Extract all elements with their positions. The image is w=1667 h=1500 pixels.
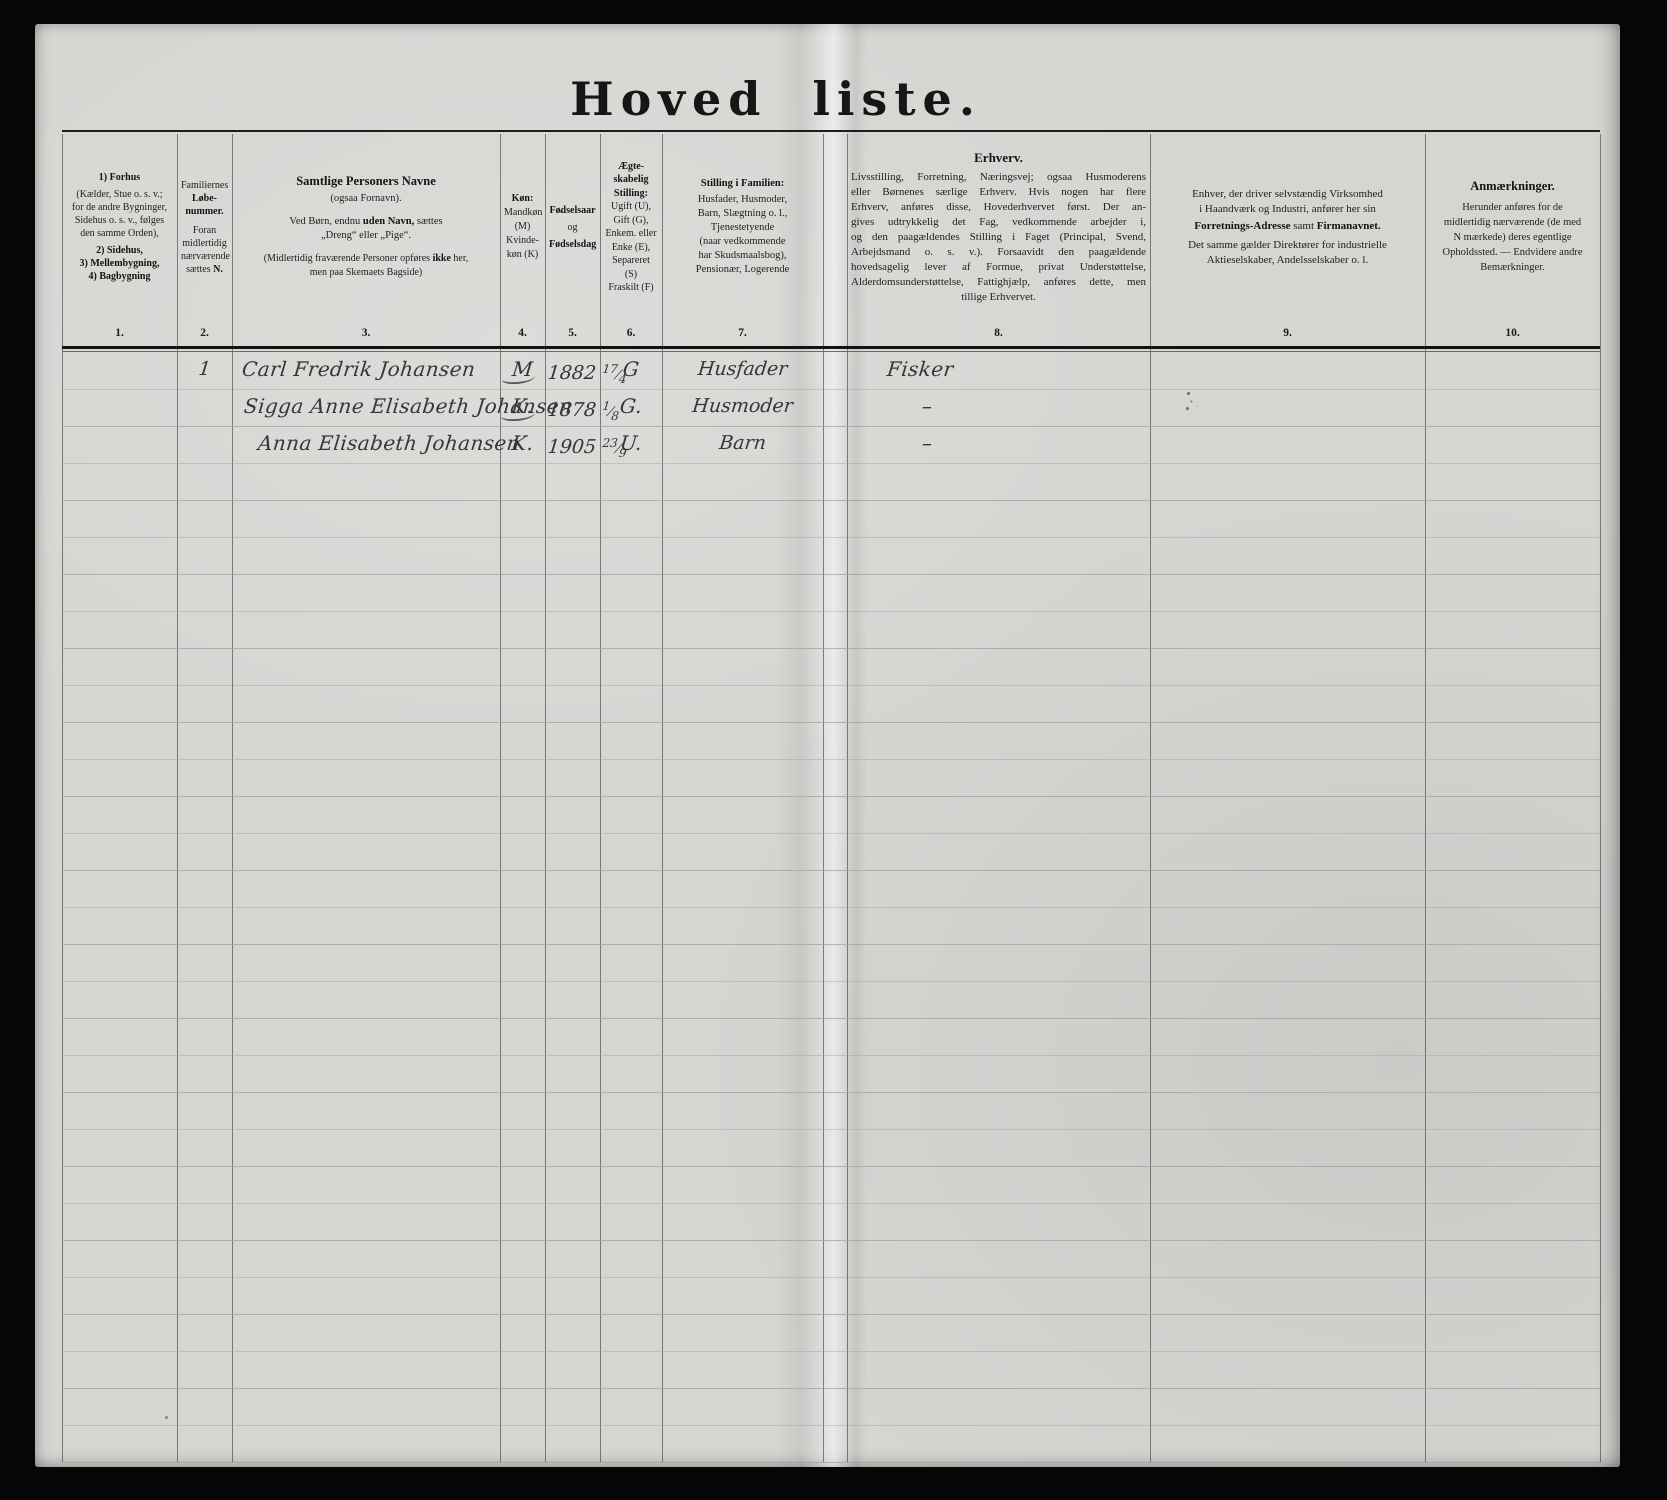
table-row-line	[62, 944, 1600, 945]
table-row-line	[62, 1314, 1600, 1315]
header-line: Pensionær, Logerende	[666, 263, 819, 277]
header-line: Enhver, der driver selvstændig Virksomhe…	[1154, 187, 1421, 202]
header-line: Forretnings-Adresse samt Firmanavnet.	[1154, 219, 1421, 234]
header-line: Ugift (U),	[604, 200, 658, 214]
header-line: Opholdssted. — Endvidere andre	[1429, 245, 1596, 260]
header-line: Erhverv.	[851, 150, 1146, 165]
column-number-navne: 3.	[232, 322, 500, 344]
cell-marital-status: U.	[598, 426, 664, 463]
header-line: Tjenestetyende	[666, 221, 819, 235]
census-table: 1) Forhus(Kælder, Stue o. s. v.;for de a…	[35, 24, 1620, 1467]
column-header-fodselsdato: FødselsaarogFødselsdag	[549, 136, 596, 318]
header-line: (M)	[504, 220, 541, 234]
header-line: Stilling i Familien:	[666, 177, 819, 191]
cell-occupation: Fisker	[885, 352, 955, 389]
scanned-page: Hoved liste. 1) Forhus(Kælder, Stue o. s…	[35, 24, 1620, 1467]
header-line: køn (K)	[504, 248, 541, 262]
header-line: og den paagældendes Stilling i Faget (Pr…	[851, 230, 1146, 245]
header-line: Det samme gælder Direktører for industri…	[1154, 238, 1421, 253]
header-line: (naar vedkommende	[666, 235, 819, 249]
header-line: tillige Erhvervet.	[851, 290, 1146, 305]
header-line: men paa Skemaets Bagside)	[236, 266, 496, 280]
header-line: N mærkede) deres egentlige	[1429, 230, 1596, 245]
header-line: Stilling:	[604, 187, 658, 201]
header-line: gives udtrykkelig det Fag, vedkommende a…	[851, 215, 1146, 230]
table-row-line	[62, 870, 1600, 871]
header-line: Separeret	[604, 254, 658, 268]
header-line: i Haandværk og Industri, anfører her sin	[1154, 202, 1421, 217]
header-line: Enkem. eller	[604, 227, 658, 241]
header-line: Sidehus o. s. v., følges	[66, 214, 173, 227]
header-line: 1) Forhus	[66, 171, 173, 184]
scan-speck	[560, 210, 563, 213]
header-line: Køn:	[504, 192, 541, 206]
header-line: Mandkøn	[504, 206, 541, 220]
table-row-line	[62, 463, 1600, 464]
header-line: Bemærkninger.	[1429, 260, 1596, 275]
header-line: (S)	[604, 268, 658, 282]
table-row-line	[62, 722, 1600, 723]
column-number-lobenummer: 2.	[177, 322, 232, 344]
header-line: Anmærkninger.	[1429, 179, 1596, 194]
header-line: Fødselsaar	[549, 202, 596, 219]
table-row-line	[62, 1388, 1600, 1389]
table-row-line	[62, 1018, 1600, 1019]
header-line: nummer.	[181, 205, 228, 218]
header-line: Arbejdsmand o. s. v.). Forsaavidt den pa…	[851, 245, 1146, 260]
table-row-line	[62, 796, 1600, 797]
column-header-stilling_i_familien: Stilling i Familien:Husfader, Husmoder,B…	[666, 136, 819, 318]
table-row-line	[62, 1203, 1600, 1204]
header-line: Aktieselskaber, Andelsselskaber o. l.	[1154, 253, 1421, 268]
header-line: (ogsaa Fornavn).	[236, 192, 496, 206]
cell-name: Anna Elisabeth Johansen	[256, 426, 522, 463]
cell-family-position: Husmoder	[660, 389, 825, 426]
column-header-aegteskabelig: Ægte-skabeligStilling:Ugift (U),Gift (G)…	[604, 136, 658, 318]
header-line: sættes N.	[181, 263, 228, 276]
header-line: midlertidig	[181, 237, 228, 250]
cell-sex: K.	[498, 389, 547, 426]
header-line: eller Børnenes særlige Erhverv. Hvis nog…	[851, 185, 1146, 200]
column-number-fodselsdato: 5.	[545, 322, 600, 344]
table-row-line	[62, 1351, 1600, 1352]
column-number-adresse: 9.	[1150, 322, 1425, 344]
header-line: (Midlertidig fraværende Personer opføres…	[236, 252, 496, 266]
table-column-line	[1600, 134, 1601, 1462]
table-row-line	[62, 759, 1600, 760]
header-line: 3) Mellembygning,	[66, 257, 173, 270]
table-row-line	[62, 907, 1600, 908]
table-row-line	[62, 1277, 1600, 1278]
header-line: Erhverv, anføres disse, Hovederhvervet f…	[851, 200, 1146, 215]
table-row-line	[62, 1240, 1600, 1241]
column-number-stilling_i_familien: 7.	[662, 322, 823, 344]
header-line: Fraskilt (F)	[604, 281, 658, 295]
table-row-line	[62, 1055, 1600, 1056]
header-line: Livsstilling, Forretning, Næringsvej; og…	[851, 170, 1146, 185]
header-line: 2) Sidehus,	[66, 244, 173, 257]
header-line: Fødselsdag	[549, 236, 596, 253]
column-header-adresse: Enhver, der driver selvstændig Virksomhe…	[1154, 136, 1421, 318]
column-header-anmaerkninger: Anmærkninger.Herunder anføres for demidl…	[1429, 136, 1596, 318]
cell-marital-status: G	[598, 352, 664, 389]
column-number-kon: 4.	[500, 322, 545, 344]
column-header-forhus: 1) Forhus(Kælder, Stue o. s. v.;for de a…	[66, 136, 173, 318]
column-header-lobenummer: FamiliernesLøbe-nummer.Foranmidlertidign…	[181, 136, 228, 318]
cell-occupation: –	[920, 389, 934, 426]
header-line: skabelig	[604, 173, 658, 187]
cell-lobenummer: 1	[175, 352, 234, 389]
scan-speck	[165, 1416, 168, 1419]
table-row-line	[62, 537, 1600, 538]
table-row-line	[62, 981, 1600, 982]
sex-letter: M	[505, 352, 540, 387]
header-line: (Kælder, Stue o. s. v.;	[66, 188, 173, 201]
cell-occupation: –	[920, 426, 934, 463]
header-line: nærværende	[181, 250, 228, 263]
header-line: „Dreng“ eller „Pige“.	[236, 229, 496, 243]
header-line: Ved Børn, endnu uden Navn, sættes	[236, 215, 496, 229]
header-line: Gift (G),	[604, 214, 658, 228]
cell-marital-status: G.	[598, 389, 664, 426]
table-row-line	[62, 1462, 1600, 1463]
header-line: Alderdomsunderstøttelse, Fattighjælp, an…	[851, 275, 1146, 290]
header-line: har Skudsmaalsbog),	[666, 249, 819, 263]
table-row-line	[62, 574, 1600, 575]
header-line: hovedsagelig lever af Formue, privat Und…	[851, 260, 1146, 275]
table-row-line	[62, 833, 1600, 834]
table-row-line	[62, 500, 1600, 501]
table-column-line	[823, 134, 824, 1462]
header-line: Familiernes	[181, 179, 228, 192]
column-number-erhverv: 8.	[847, 322, 1150, 344]
column-header-kon: Køn:Mandkøn(M)Kvinde-køn (K)	[504, 136, 541, 318]
header-line: Foran	[181, 224, 228, 237]
header-line: 4) Bagbygning	[66, 270, 173, 283]
scanner-bed: Hoved liste. 1) Forhus(Kælder, Stue o. s…	[0, 0, 1667, 1500]
header-line: den samme Orden),	[66, 227, 173, 240]
header-line: midlertidig nærværende (de med	[1429, 215, 1596, 230]
column-header-navne: Samtlige Personers Navne(ogsaa Fornavn).…	[236, 136, 496, 318]
table-row-line	[62, 611, 1600, 612]
table-row-line	[62, 1129, 1600, 1130]
cell-family-position: Husfader	[660, 352, 825, 389]
header-line: for de andre Bygninger,	[66, 201, 173, 214]
column-number-forhus: 1.	[62, 322, 177, 344]
column-number-anmaerkninger: 10.	[1425, 322, 1600, 344]
sex-letter: K.	[505, 389, 541, 424]
table-row-line	[62, 685, 1600, 686]
column-header-erhverv: Erhverv.Livsstilling, Forretning, Næring…	[851, 136, 1146, 318]
header-line: Kvinde-	[504, 234, 541, 248]
column-number-aegteskabelig: 6.	[600, 322, 662, 344]
cell-name: Carl Fredrik Johansen	[240, 352, 477, 389]
header-line: Enke (E),	[604, 241, 658, 255]
header-line: Barn, Slægtning o. l.,	[666, 207, 819, 221]
header-line: Løbe-	[181, 192, 228, 205]
header-line: Ægte-	[604, 160, 658, 174]
cell-sex: M	[498, 352, 547, 389]
header-bottom-rule	[62, 346, 1600, 349]
header-bottom-rule-shadow	[62, 351, 1600, 352]
sex-letter: K.	[510, 431, 535, 455]
table-row-line	[62, 648, 1600, 649]
header-line: og	[549, 219, 596, 236]
header-line: Samtlige Personers Navne	[236, 174, 496, 188]
table-row-line	[62, 1425, 1600, 1426]
header-line: Husfader, Husmoder,	[666, 193, 819, 207]
ink-smudge	[1187, 392, 1190, 395]
table-row-line	[62, 1166, 1600, 1167]
table-row-line	[62, 1092, 1600, 1093]
cell-sex: K.	[498, 426, 547, 463]
cell-family-position: Barn	[660, 426, 825, 463]
header-line: Herunder anføres for de	[1429, 200, 1596, 215]
